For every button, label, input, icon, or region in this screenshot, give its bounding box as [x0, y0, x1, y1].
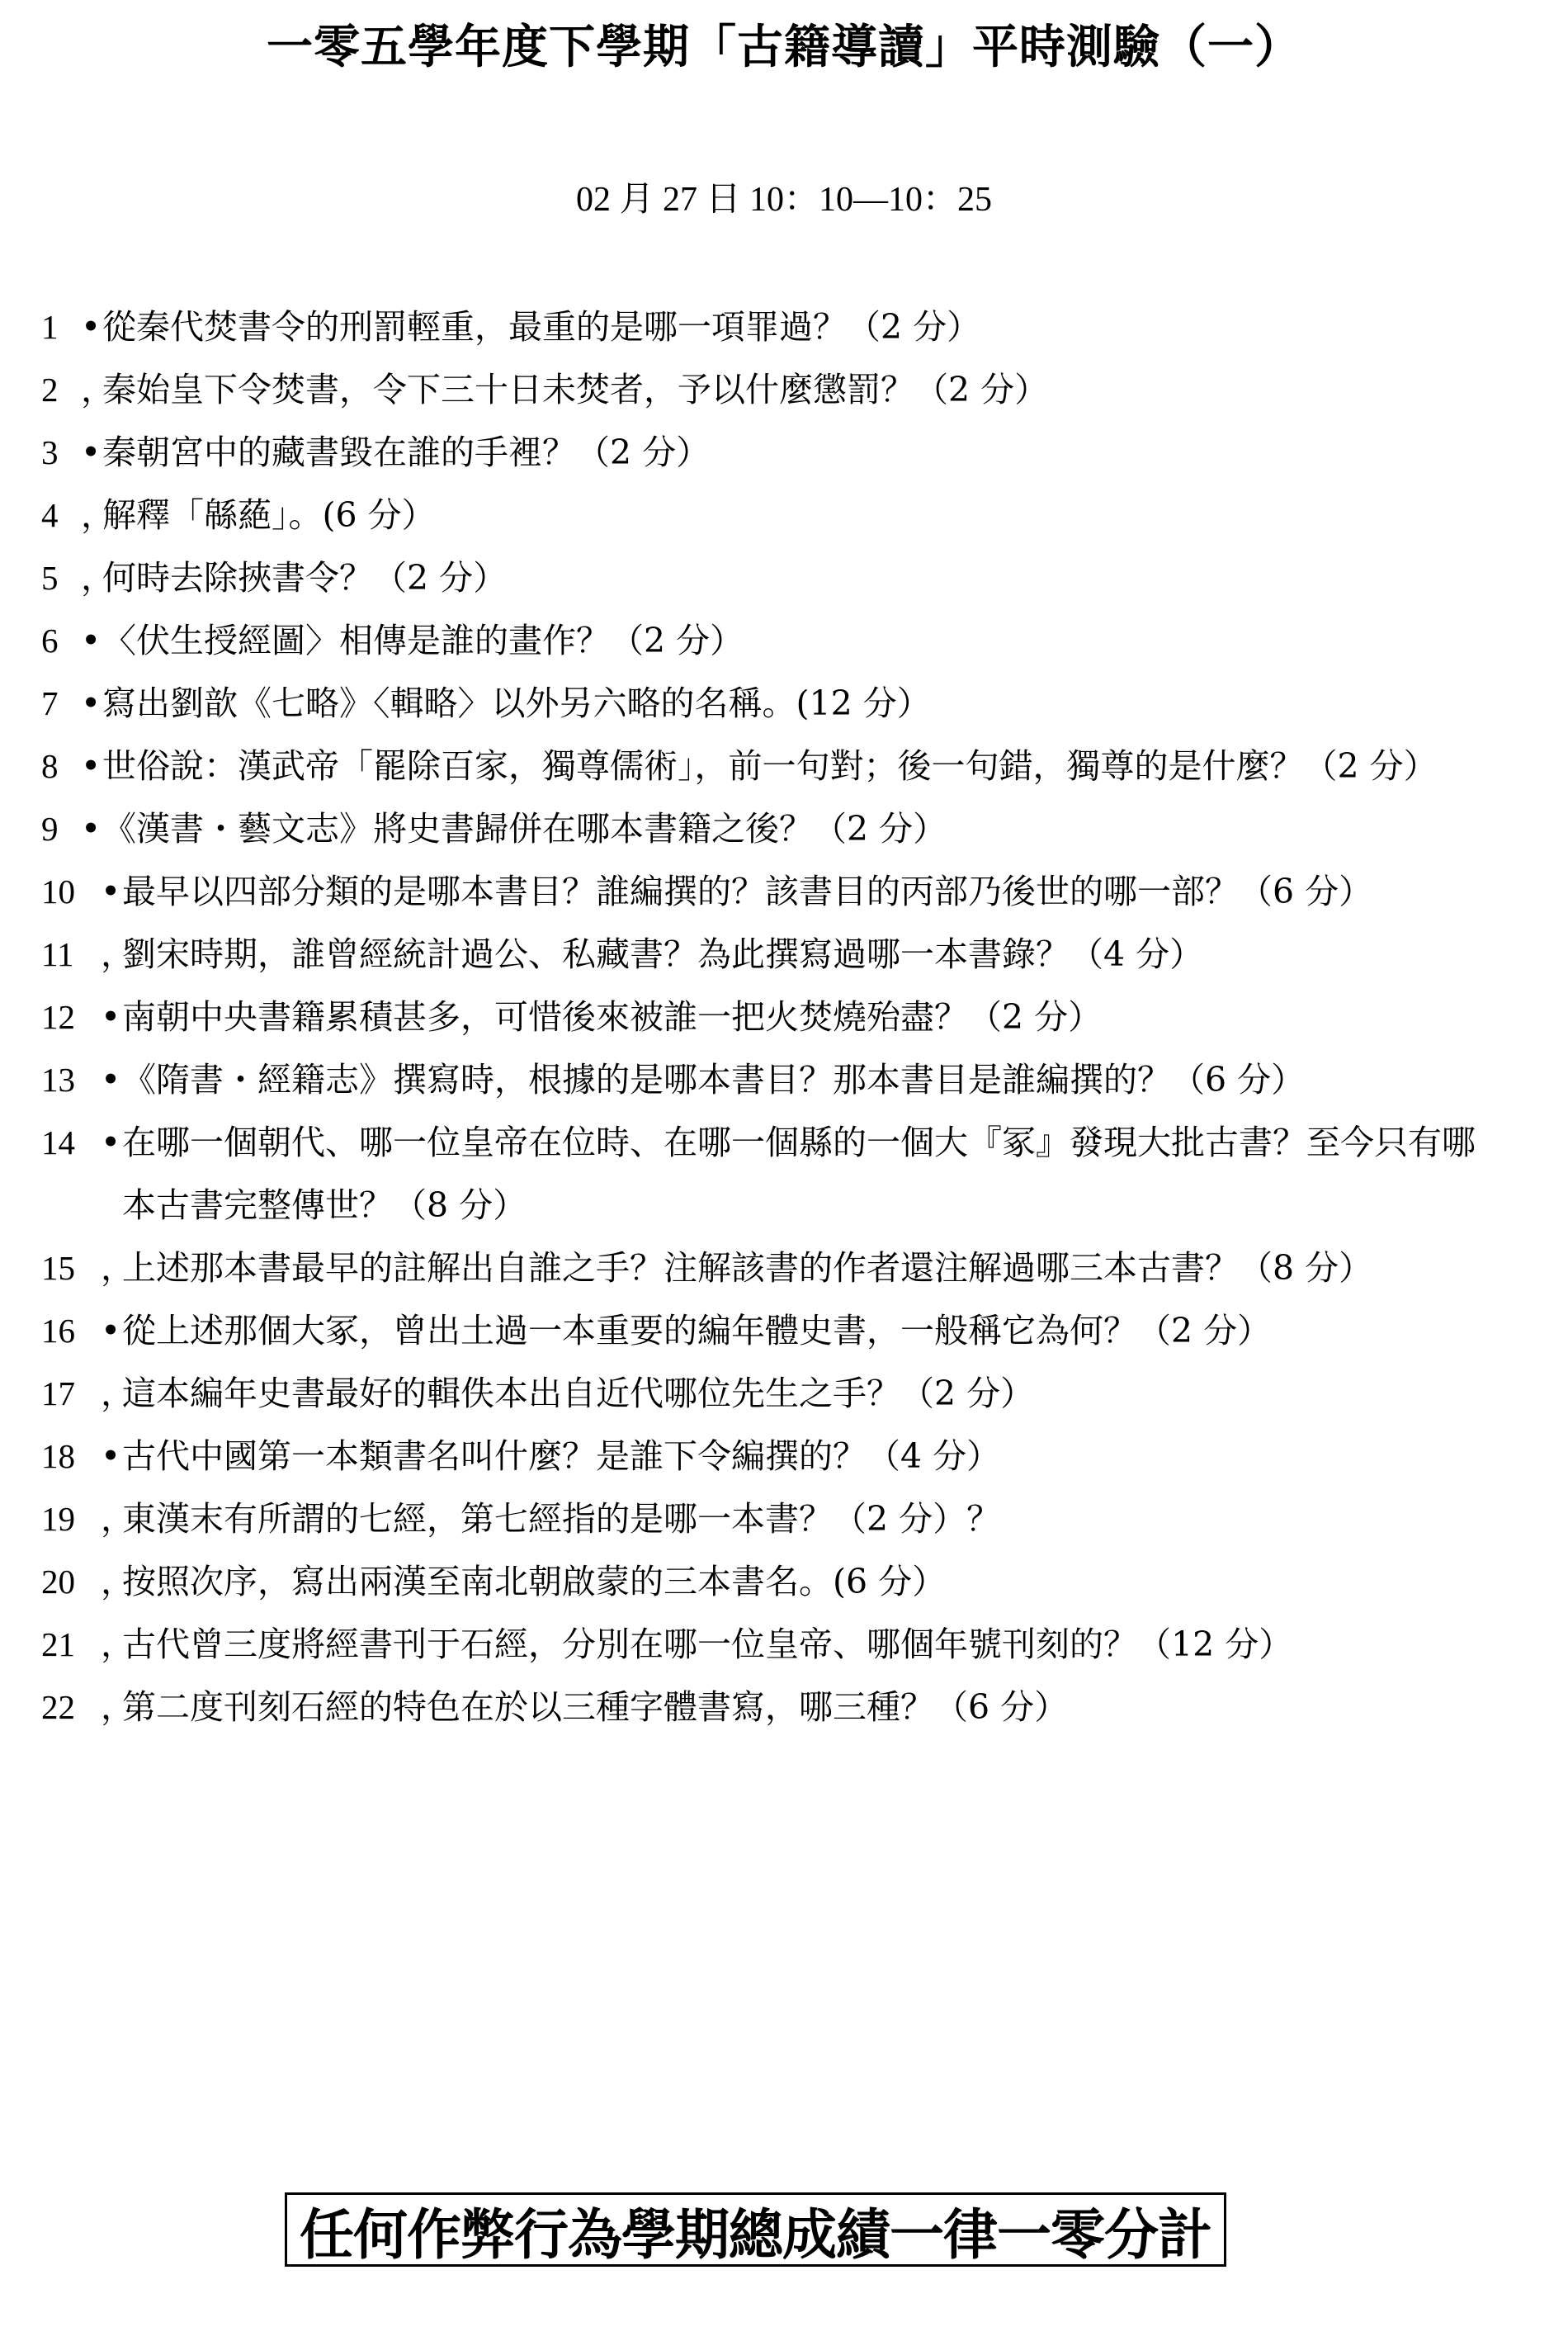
question-text: 劉宋時期，誰曾經統計過公、私藏書？為此撰寫過哪一本書錄？（4 分） — [122, 923, 1494, 986]
question-number: 3 — [41, 421, 81, 484]
question-number: 9 — [41, 797, 81, 860]
cheating-warning-notice: 任何作弊行為學期總成績一律一零分計 — [285, 2192, 1226, 2267]
question-number: 19 — [41, 1487, 101, 1550]
question-item: 13 • 《隋書・經籍志》撰寫時，根據的是哪本書目？那本書目是誰編撰的？（6 分… — [41, 1048, 1494, 1111]
question-separator: ， — [101, 1613, 122, 1676]
question-item: 6 • 〈伏生授經圖〉相傳是誰的畫作？（2 分） — [41, 609, 1494, 672]
question-item: 14 • 在哪一個朝代、哪一位皇帝在位時、在哪一個縣的一個大『冢』發現大批古書？… — [41, 1111, 1494, 1237]
question-item: 18 • 古代中國第一本類書名叫什麼？是誰下令編撰的？（4 分） — [41, 1425, 1494, 1487]
question-text: 按照次序，寫出兩漢至南北朝啟蒙的三本書名。(6 分） — [122, 1550, 1494, 1613]
question-item: 3 • 秦朝宮中的藏書毀在誰的手裡？（2 分） — [41, 421, 1494, 484]
question-text: 上述那本書最早的註解出自誰之手？注解該書的作者還注解過哪三本古書？（8 分） — [122, 1237, 1494, 1299]
question-item: 1 • 從秦代焚書令的刑罰輕重，最重的是哪一項罪過？（2 分） — [41, 296, 1494, 358]
question-item: 5 ， 何時去除挾書令？（2 分） — [41, 546, 1494, 609]
question-separator: • — [81, 797, 102, 860]
question-separator: • — [101, 1299, 122, 1362]
question-separator: • — [101, 986, 122, 1048]
question-separator: • — [101, 860, 122, 923]
question-separator: • — [101, 1425, 122, 1487]
exam-date-time: 02 月 27 日 10：10—10：25 — [0, 175, 1568, 225]
question-list: 1 • 從秦代焚書令的刑罰輕重，最重的是哪一項罪過？（2 分） 2 ， 秦始皇下… — [41, 296, 1494, 1738]
question-item: 2 ， 秦始皇下令焚書，令下三十日未焚者，予以什麼懲罰？（2 分） — [41, 358, 1494, 421]
question-separator: ， — [101, 1237, 122, 1299]
question-text: 解釋「緜蕝」。(6 分） — [102, 484, 1494, 546]
question-text: 南朝中央書籍累積甚多，可惜後來被誰一把火焚燒殆盡？（2 分） — [122, 986, 1494, 1048]
question-item: 21 ， 古代曾三度將經書刊于石經，分別在哪一位皇帝、哪個年號刊刻的？（12 分… — [41, 1613, 1494, 1676]
question-item: 12 • 南朝中央書籍累積甚多，可惜後來被誰一把火焚燒殆盡？（2 分） — [41, 986, 1494, 1048]
question-item: 4 ， 解釋「緜蕝」。(6 分） — [41, 484, 1494, 546]
question-separator: ， — [101, 1550, 122, 1613]
question-text: 〈伏生授經圖〉相傳是誰的畫作？（2 分） — [102, 609, 1494, 672]
question-number: 1 — [41, 296, 81, 358]
question-separator: ， — [101, 1362, 122, 1425]
question-separator: ， — [81, 358, 102, 421]
question-text: 《漢書・藝文志》將史書歸併在哪本書籍之後？（2 分） — [102, 797, 1494, 860]
question-number: 13 — [41, 1048, 101, 1111]
question-number: 8 — [41, 735, 81, 797]
question-number: 5 — [41, 546, 81, 609]
question-item: 17 ， 這本編年史書最好的輯佚本出自近代哪位先生之手？（2 分） — [41, 1362, 1494, 1425]
question-separator: • — [81, 672, 102, 735]
cheating-warning-text: 任何作弊行為學期總成績一律一零分計 — [300, 2191, 1211, 2269]
question-item: 15 ， 上述那本書最早的註解出自誰之手？注解該書的作者還注解過哪三本古書？（8… — [41, 1237, 1494, 1299]
question-text: 東漢末有所謂的七經，第七經指的是哪一本書？（2 分）？ — [122, 1487, 1494, 1550]
question-number: 4 — [41, 484, 81, 546]
question-number: 6 — [41, 609, 81, 672]
question-separator: • — [101, 1111, 122, 1174]
question-text: 秦始皇下令焚書，令下三十日未焚者，予以什麼懲罰？（2 分） — [102, 358, 1494, 421]
question-number: 15 — [41, 1237, 101, 1299]
question-number: 22 — [41, 1676, 101, 1738]
question-item: 19 ， 東漢末有所謂的七經，第七經指的是哪一本書？（2 分）？ — [41, 1487, 1494, 1550]
question-separator: • — [81, 609, 102, 672]
question-number: 21 — [41, 1613, 101, 1676]
question-number: 11 — [41, 923, 101, 986]
question-text: 古代曾三度將經書刊于石經，分別在哪一位皇帝、哪個年號刊刻的？（12 分） — [122, 1613, 1494, 1676]
question-number: 14 — [41, 1111, 101, 1174]
question-number: 20 — [41, 1550, 101, 1613]
question-separator: • — [81, 296, 102, 358]
question-text: 從上述那個大冢，曾出土過一本重要的編年體史書，一般稱它為何？（2 分） — [122, 1299, 1494, 1362]
question-item: 8 • 世俗說：漢武帝「罷除百家，獨尊儒術」，前一句對；後一句錯，獨尊的是什麼？… — [41, 735, 1494, 797]
question-item: 16 • 從上述那個大冢，曾出土過一本重要的編年體史書，一般稱它為何？（2 分） — [41, 1299, 1494, 1362]
question-number: 17 — [41, 1362, 101, 1425]
question-text: 第二度刊刻石經的特色在於以三種字體書寫，哪三種？（6 分） — [122, 1676, 1494, 1738]
question-number: 12 — [41, 986, 101, 1048]
question-number: 18 — [41, 1425, 101, 1487]
question-separator: • — [101, 1048, 122, 1111]
question-text: 這本編年史書最好的輯佚本出自近代哪位先生之手？（2 分） — [122, 1362, 1494, 1425]
question-text: 從秦代焚書令的刑罰輕重，最重的是哪一項罪過？（2 分） — [102, 296, 1494, 358]
question-item: 10 • 最早以四部分類的是哪本書目？誰編撰的？該書目的丙部乃後世的哪一部？（6… — [41, 860, 1494, 923]
question-separator: ， — [81, 484, 102, 546]
question-text: 何時去除挾書令？（2 分） — [102, 546, 1494, 609]
question-number: 7 — [41, 672, 81, 735]
question-separator: • — [81, 421, 102, 484]
question-separator: ， — [101, 1487, 122, 1550]
question-number: 16 — [41, 1299, 101, 1362]
question-text: 在哪一個朝代、哪一位皇帝在位時、在哪一個縣的一個大『冢』發現大批古書？至今只有哪… — [122, 1111, 1494, 1237]
question-text: 《隋書・經籍志》撰寫時，根據的是哪本書目？那本書目是誰編撰的？（6 分） — [122, 1048, 1494, 1111]
question-item: 11 ， 劉宋時期，誰曾經統計過公、私藏書？為此撰寫過哪一本書錄？（4 分） — [41, 923, 1494, 986]
question-number: 10 — [41, 860, 101, 923]
question-text: 世俗說：漢武帝「罷除百家，獨尊儒術」，前一句對；後一句錯，獨尊的是什麼？（2 分… — [102, 735, 1494, 797]
question-separator: • — [81, 735, 102, 797]
question-item: 7 • 寫出劉歆《七略》〈輯略〉以外另六略的名稱。(12 分） — [41, 672, 1494, 735]
question-separator: ， — [101, 923, 122, 986]
question-number: 2 — [41, 358, 81, 421]
question-text: 古代中國第一本類書名叫什麼？是誰下令編撰的？（4 分） — [122, 1425, 1494, 1487]
question-separator: ， — [101, 1676, 122, 1738]
question-separator: ， — [81, 546, 102, 609]
question-text: 最早以四部分類的是哪本書目？誰編撰的？該書目的丙部乃後世的哪一部？（6 分） — [122, 860, 1494, 923]
question-item: 9 • 《漢書・藝文志》將史書歸併在哪本書籍之後？（2 分） — [41, 797, 1494, 860]
question-text: 秦朝宮中的藏書毀在誰的手裡？（2 分） — [102, 421, 1494, 484]
question-item: 20 ， 按照次序，寫出兩漢至南北朝啟蒙的三本書名。(6 分） — [41, 1550, 1494, 1613]
question-text: 寫出劉歆《七略》〈輯略〉以外另六略的名稱。(12 分） — [102, 672, 1494, 735]
exam-title: 一零五學年度下學期「古籍導讀」平時測驗（一） — [0, 18, 1568, 78]
question-item: 22 ， 第二度刊刻石經的特色在於以三種字體書寫，哪三種？（6 分） — [41, 1676, 1494, 1738]
